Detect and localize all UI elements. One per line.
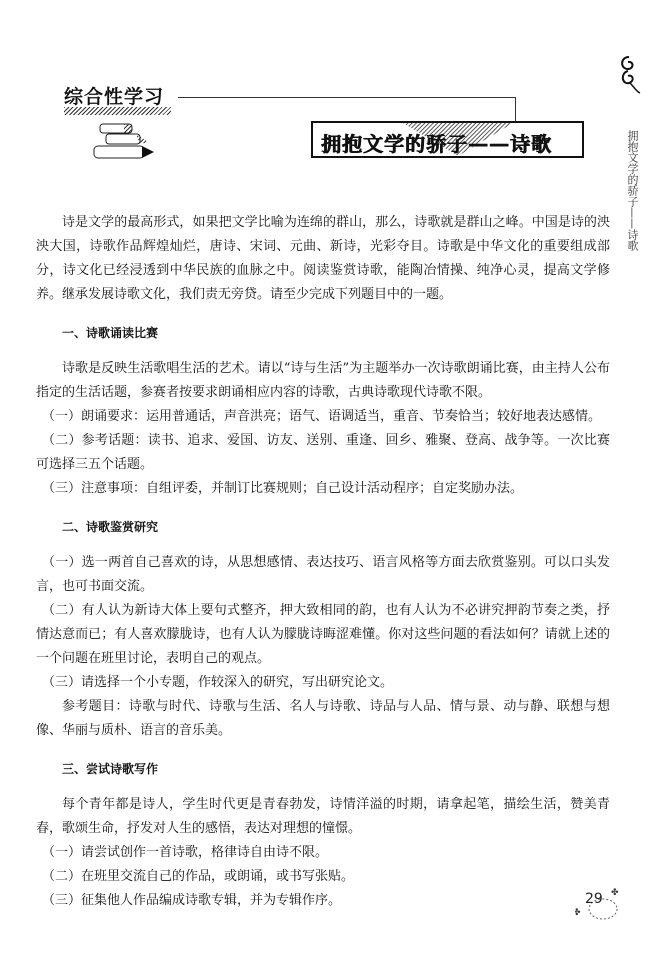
section-heading-2: 二、诗歌鉴赏研究: [62, 515, 610, 539]
section-1-item-1: （一）朗诵要求：运用普通话，声音洪亮；语气、语调适当，重音、节奏恰当；较好地表达…: [36, 405, 610, 429]
scroll-ornament-icon: [616, 55, 642, 95]
section-heading-3: 三、尝试诗歌写作: [62, 757, 610, 781]
topic-title-box: 拥抱文学的骄子——诗歌: [311, 121, 584, 158]
section-1-item-3: （三）注意事项：自组评委，并制订比赛规则；自己设计活动程序；自定奖励办法。: [36, 477, 610, 501]
section-1-item-2: （二）参考话题：读书、追求、爱国、访友、送别、重逢、回乡、雅聚、登高、战争等。一…: [36, 429, 610, 477]
intro-paragraph: 诗是文学的最高形式，如果把文学比喻为连绵的群山，那么，诗歌就是群山之峰。中国是诗…: [36, 211, 610, 307]
section-2-reference: 参考题目：诗歌与时代、诗歌与生活、名人与诗歌、诗品与人品、情与景、动与静、联想与…: [36, 695, 610, 743]
section-2-item-3: （三）请选择一个小专题，作较深入的研究，写出研究论文。: [36, 671, 610, 695]
svg-text:✤: ✤: [611, 888, 619, 898]
page-number: 29: [585, 891, 603, 907]
section-heading-1: 一、诗歌诵读比赛: [62, 321, 610, 345]
section-3-intro: 每个青年都是诗人，学生时代更是青春勃发，诗情洋溢的时期，请拿起笔，描绘生活，赞美…: [36, 793, 610, 841]
title-underline-hatch: [64, 107, 171, 115]
section-1-intro: 诗歌是反映生活歌唱生活的艺术。请以“诗与生活”为主题举办一次诗歌朗诵比赛，由主持…: [36, 357, 610, 405]
running-title: 拥抱文学的骄子——诗歌: [624, 130, 640, 251]
section-label: 综合性学习: [64, 82, 164, 109]
connector-line-vertical: [515, 97, 516, 121]
section-2-item-2: （二）有人认为新诗大体上要句式整齐，押大致相同的韵，也有人认为不必讲究押韵节奏之…: [36, 599, 610, 671]
section-3-item-1: （一）请尝试创作一首诗歌，格律诗自由诗不限。: [36, 841, 610, 865]
svg-text:✤: ✤: [575, 908, 581, 918]
section-2-item-1: （一）选一两首自己喜欢的诗，从思想感情、表达技巧、语言风格等方面去欣赏鉴别。可以…: [36, 551, 610, 599]
connector-line: [178, 97, 516, 98]
topic-title: 拥抱文学的骄子——诗歌: [321, 128, 552, 157]
section-3-item-3: （三）征集他人作品编成诗歌专辑，并为专辑作序。: [36, 889, 610, 913]
section-3-item-2: （二）在班里交流自己的作品，或朗诵，或书写张贴。: [36, 865, 610, 889]
page-body: 诗是文学的最高形式，如果把文学比喻为连绵的群山，那么，诗歌就是群山之峰。中国是诗…: [36, 211, 610, 913]
books-icon: [92, 122, 162, 162]
page-number-ornament: ✤ ✤ 29: [575, 885, 625, 925]
